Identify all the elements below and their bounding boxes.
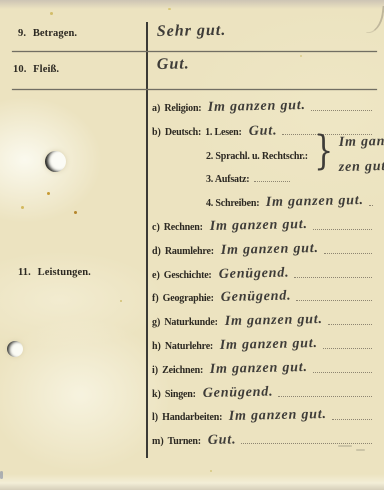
dotted-fill-line bbox=[328, 324, 372, 325]
subject-prefix: f) bbox=[152, 293, 159, 304]
subject-row: 4. Schreiben:Im ganzen gut. bbox=[152, 185, 374, 209]
curly-brace-icon: } bbox=[314, 126, 333, 176]
dotted-fill-line bbox=[369, 205, 373, 206]
subject-value: zen gut. bbox=[339, 150, 384, 176]
dotted-fill-line bbox=[332, 419, 372, 420]
row-betragen-value: Sehr gut. bbox=[157, 22, 227, 41]
section-leistungen-label: 11. Leistungen. bbox=[18, 267, 91, 278]
dotted-fill-line bbox=[323, 348, 372, 349]
subject-prefix: h) bbox=[152, 341, 161, 352]
punch-hole-top bbox=[45, 151, 66, 172]
subject-label: Geographie: bbox=[163, 293, 214, 304]
brace-values: Im gan-zen gut. bbox=[339, 126, 384, 176]
subject-label: Rechnen: bbox=[164, 222, 203, 233]
dotted-fill-line bbox=[241, 443, 372, 444]
subject-row: i)Zeichnen:Im ganzen gut. bbox=[152, 352, 374, 376]
subject-row: c)Rechnen:Im ganzen gut. bbox=[152, 209, 374, 233]
subject-value: Gut. bbox=[208, 433, 237, 450]
subject-row: l)Handarbeiten:Im ganzen gut. bbox=[152, 399, 374, 423]
subject-label: Handarbeiten: bbox=[162, 412, 222, 423]
dotted-fill-line bbox=[278, 396, 372, 397]
foxing-speck bbox=[74, 211, 77, 214]
row-fleiss-value: Gut. bbox=[157, 55, 190, 74]
subject-prefix: m) bbox=[152, 436, 164, 447]
row-fleiss-number: 10. bbox=[13, 64, 26, 75]
punch-hole-bottom bbox=[7, 341, 23, 357]
row-betragen-text: Betragen. bbox=[33, 28, 77, 39]
subject-sublabel: 2. Sprachl. u. Rechtschr.: bbox=[206, 151, 308, 162]
subject-prefix: c) bbox=[152, 222, 160, 233]
dotted-fill-line bbox=[313, 372, 372, 373]
report-card-page: 9. Betragen. Sehr gut. 10. Fleiß. Gut. 1… bbox=[0, 0, 384, 490]
edge-ink-mark bbox=[0, 471, 3, 479]
pencil-smudge bbox=[338, 445, 352, 447]
dotted-fill-line bbox=[254, 181, 290, 182]
pencil-smudge bbox=[356, 449, 365, 451]
subject-label: Deutsch: bbox=[165, 127, 201, 138]
dotted-fill-line bbox=[313, 229, 372, 230]
section-leistungen-text: Leistungen. bbox=[38, 267, 91, 278]
subjects-list: a)Religion:Im ganzen gut.b)Deutsch:1. Le… bbox=[152, 90, 374, 462]
subject-prefix: b) bbox=[152, 127, 161, 138]
subject-prefix: a) bbox=[152, 103, 160, 114]
subject-value: Im gan- bbox=[339, 125, 384, 151]
subject-prefix: k) bbox=[152, 389, 161, 400]
subject-prefix: l) bbox=[152, 412, 158, 423]
row-betragen-number: 9. bbox=[18, 28, 26, 39]
foxing-speck bbox=[21, 206, 24, 209]
dotted-fill-line bbox=[294, 277, 372, 278]
foxing-speck bbox=[47, 192, 50, 195]
dotted-fill-line bbox=[296, 300, 372, 301]
section-leistungen-number: 11. bbox=[18, 267, 31, 278]
subject-row: 2. Sprachl. u. Rechtschr.:}Im gan-zen gu… bbox=[152, 138, 374, 162]
foxing-speck bbox=[300, 55, 302, 57]
subject-label: Zeichnen: bbox=[162, 365, 203, 376]
subject-sublabel: 1. Lesen: bbox=[205, 127, 242, 138]
subject-prefix: e) bbox=[152, 270, 160, 281]
subject-prefix: d) bbox=[152, 246, 161, 257]
subject-row: a)Religion:Im ganzen gut. bbox=[152, 90, 374, 114]
subject-prefix: g) bbox=[152, 317, 160, 328]
brace-group: }Im gan-zen gut. bbox=[311, 125, 384, 177]
subject-row: h)Naturlehre:Im ganzen gut. bbox=[152, 328, 374, 352]
subject-sublabel: 3. Aufsatz: bbox=[206, 174, 249, 185]
dotted-fill-line bbox=[311, 110, 372, 111]
subject-row: e)Geschichte:Genügend. bbox=[152, 257, 374, 281]
row-separator-line-1 bbox=[12, 51, 377, 52]
subject-sublabel: 4. Schreiben: bbox=[206, 198, 259, 209]
subject-label: Naturkunde: bbox=[164, 317, 217, 328]
row-fleiss-label: 10. Fleiß. bbox=[13, 64, 59, 75]
page-curl-mark bbox=[366, 4, 384, 35]
subject-label: Naturlehre: bbox=[165, 341, 213, 352]
subject-row: k)Singen:Genügend. bbox=[152, 376, 374, 400]
subject-row: d)Raumlehre:Im ganzen gut. bbox=[152, 233, 374, 257]
subject-label: Geschichte: bbox=[164, 270, 212, 281]
vertical-divider-rule bbox=[146, 22, 148, 458]
subject-row: g)Naturkunde:Im ganzen gut. bbox=[152, 304, 374, 328]
foxing-speck bbox=[210, 470, 212, 472]
subject-row: f)Geographie:Genügend. bbox=[152, 280, 374, 304]
row-betragen-label: 9. Betragen. bbox=[18, 28, 77, 39]
subject-label: Turnen: bbox=[168, 436, 201, 447]
foxing-speck bbox=[120, 300, 122, 302]
subject-prefix: i) bbox=[152, 365, 158, 376]
foxing-speck bbox=[50, 12, 53, 15]
dotted-fill-line bbox=[324, 253, 372, 254]
subject-label: Religion: bbox=[164, 103, 201, 114]
subject-label: Raumlehre: bbox=[165, 246, 214, 257]
row-fleiss-text: Fleiß. bbox=[33, 64, 59, 75]
subject-row: m)Turnen:Gut. bbox=[152, 423, 374, 447]
subject-label: Singen: bbox=[165, 389, 196, 400]
foxing-speck bbox=[168, 8, 171, 10]
